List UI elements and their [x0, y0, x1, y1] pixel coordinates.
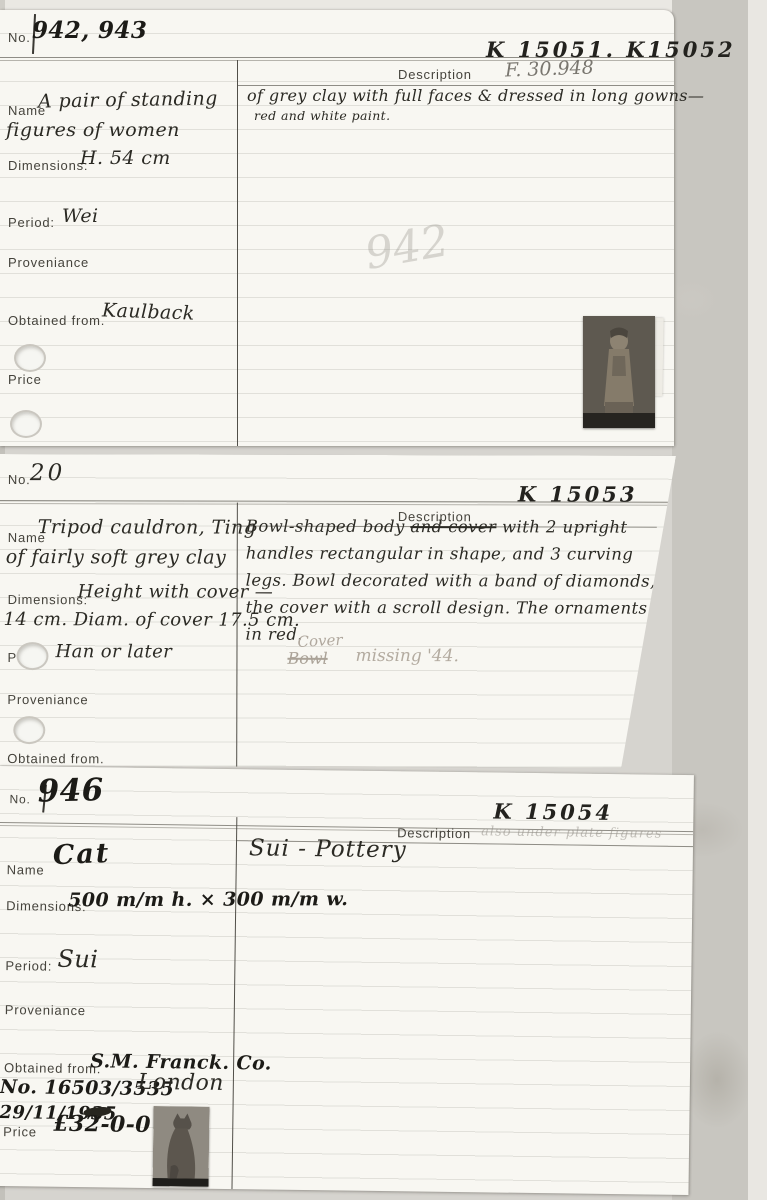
obtained-from-handwriting: Kaulback [102, 299, 195, 324]
description-handwriting: Sui - Pottery [249, 835, 407, 863]
hole-punch [10, 410, 42, 438]
no-label: No. [9, 792, 30, 806]
proveniance-label: Proveniance [5, 1002, 86, 1018]
pencil-missing-note: missing '44. [355, 646, 458, 666]
name-handwriting: A pair of standing [38, 87, 218, 112]
description-text-struck: and cover [410, 517, 496, 536]
price-label: Price [8, 372, 42, 387]
dimensions-label: Dimensions: [8, 592, 88, 607]
file-number-pencil: F. 30.948 [505, 56, 595, 81]
dimensions-label: Dimensions: [8, 158, 88, 173]
proveniance-label: Proveniance [7, 692, 88, 707]
description-handwriting: Bowl-shaped body and cover with 2 uprigh… [246, 517, 628, 537]
description-label: Description [397, 825, 471, 841]
obtained-from-label: Obtained from. [8, 313, 105, 328]
column-divider [231, 817, 237, 1189]
period-label: Period: [5, 958, 52, 974]
price-handwriting: £32-0-0 [53, 1111, 151, 1138]
description-handwriting: of grey clay with full faces & dressed i… [247, 86, 704, 105]
no-label: No. [8, 472, 31, 487]
name-handwriting: Cat [52, 838, 111, 871]
artifact-photo-cat [153, 1106, 210, 1187]
catalogue-card-942: No. 942, 943 K 15051. K15052 Description… [0, 10, 674, 446]
card-number: 946 [37, 772, 104, 809]
description-handwriting: red and white paint. [254, 108, 390, 123]
name-label: Name [7, 862, 45, 877]
hole-punch [14, 344, 46, 372]
proveniance-label: Proveniance [8, 255, 89, 270]
pencil-cross-reference: also under plate figures [481, 824, 662, 841]
name-handwriting: of fairly soft grey clay [6, 546, 226, 569]
column-divider [237, 60, 238, 446]
pencil-object-number: 942 [361, 215, 453, 280]
description-handwriting: the cover with a scroll design. The orna… [246, 598, 682, 618]
description-handwriting: handles rectangular in shape, and 3 curv… [246, 544, 634, 564]
period-label: P [7, 650, 17, 665]
dimensions-handwriting: H. 54 cm [80, 147, 171, 169]
no-label: No. [8, 30, 31, 45]
dimensions-handwriting: 500 m/m h. × 300 m/m w. [68, 888, 348, 911]
artifact-photo-standing-figure [583, 316, 655, 428]
k-catalog-number: K 15054 [493, 798, 613, 825]
description-text: Bowl-shaped body [246, 517, 411, 536]
dimensions-handwriting: Height with cover — [78, 581, 274, 603]
cat-silhouette [153, 1106, 210, 1187]
price-label: Price [3, 1124, 37, 1139]
name-handwriting: figures of women [6, 119, 180, 141]
catalogue-card-946: No. 946 K 15054 Description also under p… [0, 766, 694, 1195]
standing-figure-silhouette [583, 316, 655, 428]
catalogue-card-20: No. 20 K 15053 Description Bowl-shaped b… [0, 454, 676, 768]
hole-punch [13, 716, 45, 744]
scan-background-right [748, 0, 767, 1200]
obtained-from-label: Obtained from. [4, 1060, 101, 1076]
name-handwriting: Tripod cauldron, Ting [38, 516, 257, 539]
description-handwriting: legs. Bowl decorated with a band of diam… [246, 571, 656, 591]
hole-punch [16, 642, 48, 670]
pencil-struck-word: Bowl [287, 649, 327, 668]
period-handwriting: Han or later [55, 641, 172, 662]
description-label: Description [398, 67, 472, 82]
k-catalog-number: K 15053 [518, 481, 638, 506]
period-handwriting: Sui [57, 945, 98, 974]
obtained-city-handwriting: London [138, 1070, 224, 1096]
card-number: 942, 943 [32, 17, 147, 44]
obtained-from-label: Obtained from. [7, 751, 104, 766]
description-text: with 2 upright [496, 517, 627, 536]
dimensions-handwriting: 14 cm. Diam. of cover 17.5 cm. [4, 609, 301, 631]
column-divider [236, 503, 238, 767]
scanned-catalogue-page: No. 942, 943 K 15051. K15052 Description… [0, 0, 767, 1200]
period-label: Period: [8, 215, 55, 230]
card-number: 20 [30, 460, 65, 486]
period-handwriting: Wei [62, 205, 99, 227]
